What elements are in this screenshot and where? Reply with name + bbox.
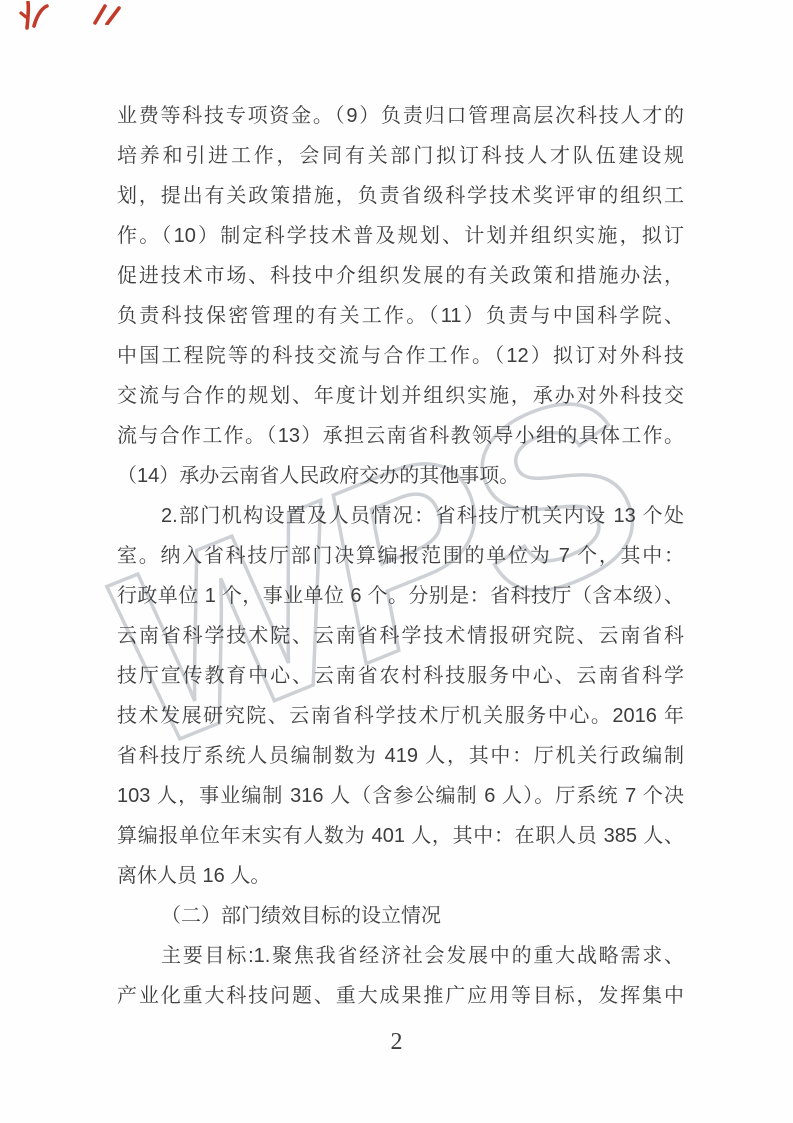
red-ink-mark-icon bbox=[92, 3, 122, 25]
text-line: 交流与合作的规划、年度计划并组织实施，承办对外科技交 bbox=[117, 376, 684, 416]
text-line: 划，提出有关政策措施，负责省级科学技术奖评审的组织工 bbox=[117, 176, 684, 216]
scanned-document-page: WPS 业费等科技专项资金。（9）负责归口管理高层次科技人才的 培养和引进工作，… bbox=[0, 0, 793, 1123]
text-line: 技厅宣传教育中心、云南省农村科技服务中心、云南省科学 bbox=[117, 656, 684, 696]
text-line: 云南省科学技术院、云南省科学技术情报研究院、云南省科 bbox=[117, 616, 684, 656]
text-line: 室。纳入省科技厅部门决算编报范围的单位为 7 个，其中： bbox=[117, 536, 684, 576]
text-line: （14）承办云南省人民政府交办的其他事项。 bbox=[117, 456, 684, 496]
text-line: 行政单位 1 个，事业单位 6 个。分别是：省科技厅（含本级）、 bbox=[117, 576, 684, 616]
text-line: 负责科技保密管理的有关工作。（11）负责与中国科学院、 bbox=[117, 296, 684, 336]
text-line: 主要目标:1.聚焦我省经济社会发展中的重大战略需求、 bbox=[117, 936, 684, 976]
text-line: 作。（10）制定科学技术普及规划、计划并组织实施，拟订 bbox=[117, 216, 684, 256]
text-line: 省科技厅系统人员编制数为 419 人，其中：厅机关行政编制 bbox=[117, 736, 684, 776]
text-line: 离休人员 16 人。 bbox=[117, 856, 684, 896]
text-line: 中国工程院等的科技交流与合作工作。（12）拟订对外科技 bbox=[117, 336, 684, 376]
red-ink-mark-icon bbox=[19, 1, 49, 30]
text-line: 技术发展研究院、云南省科学技术厅机关服务中心。2016 年 bbox=[117, 696, 684, 736]
body-text: 业费等科技专项资金。（9）负责归口管理高层次科技人才的 培养和引进工作，会同有关… bbox=[117, 96, 684, 1016]
page-number: 2 bbox=[0, 1029, 793, 1056]
text-line: 产业化重大科技问题、重大成果推广应用等目标，发挥集中 bbox=[117, 976, 684, 1016]
text-line: 2.部门机构设置及人员情况：省科技厅机关内设 13 个处 bbox=[117, 496, 684, 536]
text-line: 流与合作工作。（13）承担云南省科教领导小组的具体工作。 bbox=[117, 416, 684, 456]
text-line: 业费等科技专项资金。（9）负责归口管理高层次科技人才的 bbox=[117, 96, 684, 136]
text-line: 103 人，事业编制 316 人（含参公编制 6 人）。厅系统 7 个决 bbox=[117, 776, 684, 816]
text-line: 培养和引进工作，会同有关部门拟订科技人才队伍建设规 bbox=[117, 136, 684, 176]
text-line: 算编报单位年末实有人数为 401 人，其中：在职人员 385 人、 bbox=[117, 816, 684, 856]
text-line: 促进技术市场、科技中介组织发展的有关政策和措施办法， bbox=[117, 256, 684, 296]
text-line: （二）部门绩效目标的设立情况 bbox=[117, 896, 684, 936]
